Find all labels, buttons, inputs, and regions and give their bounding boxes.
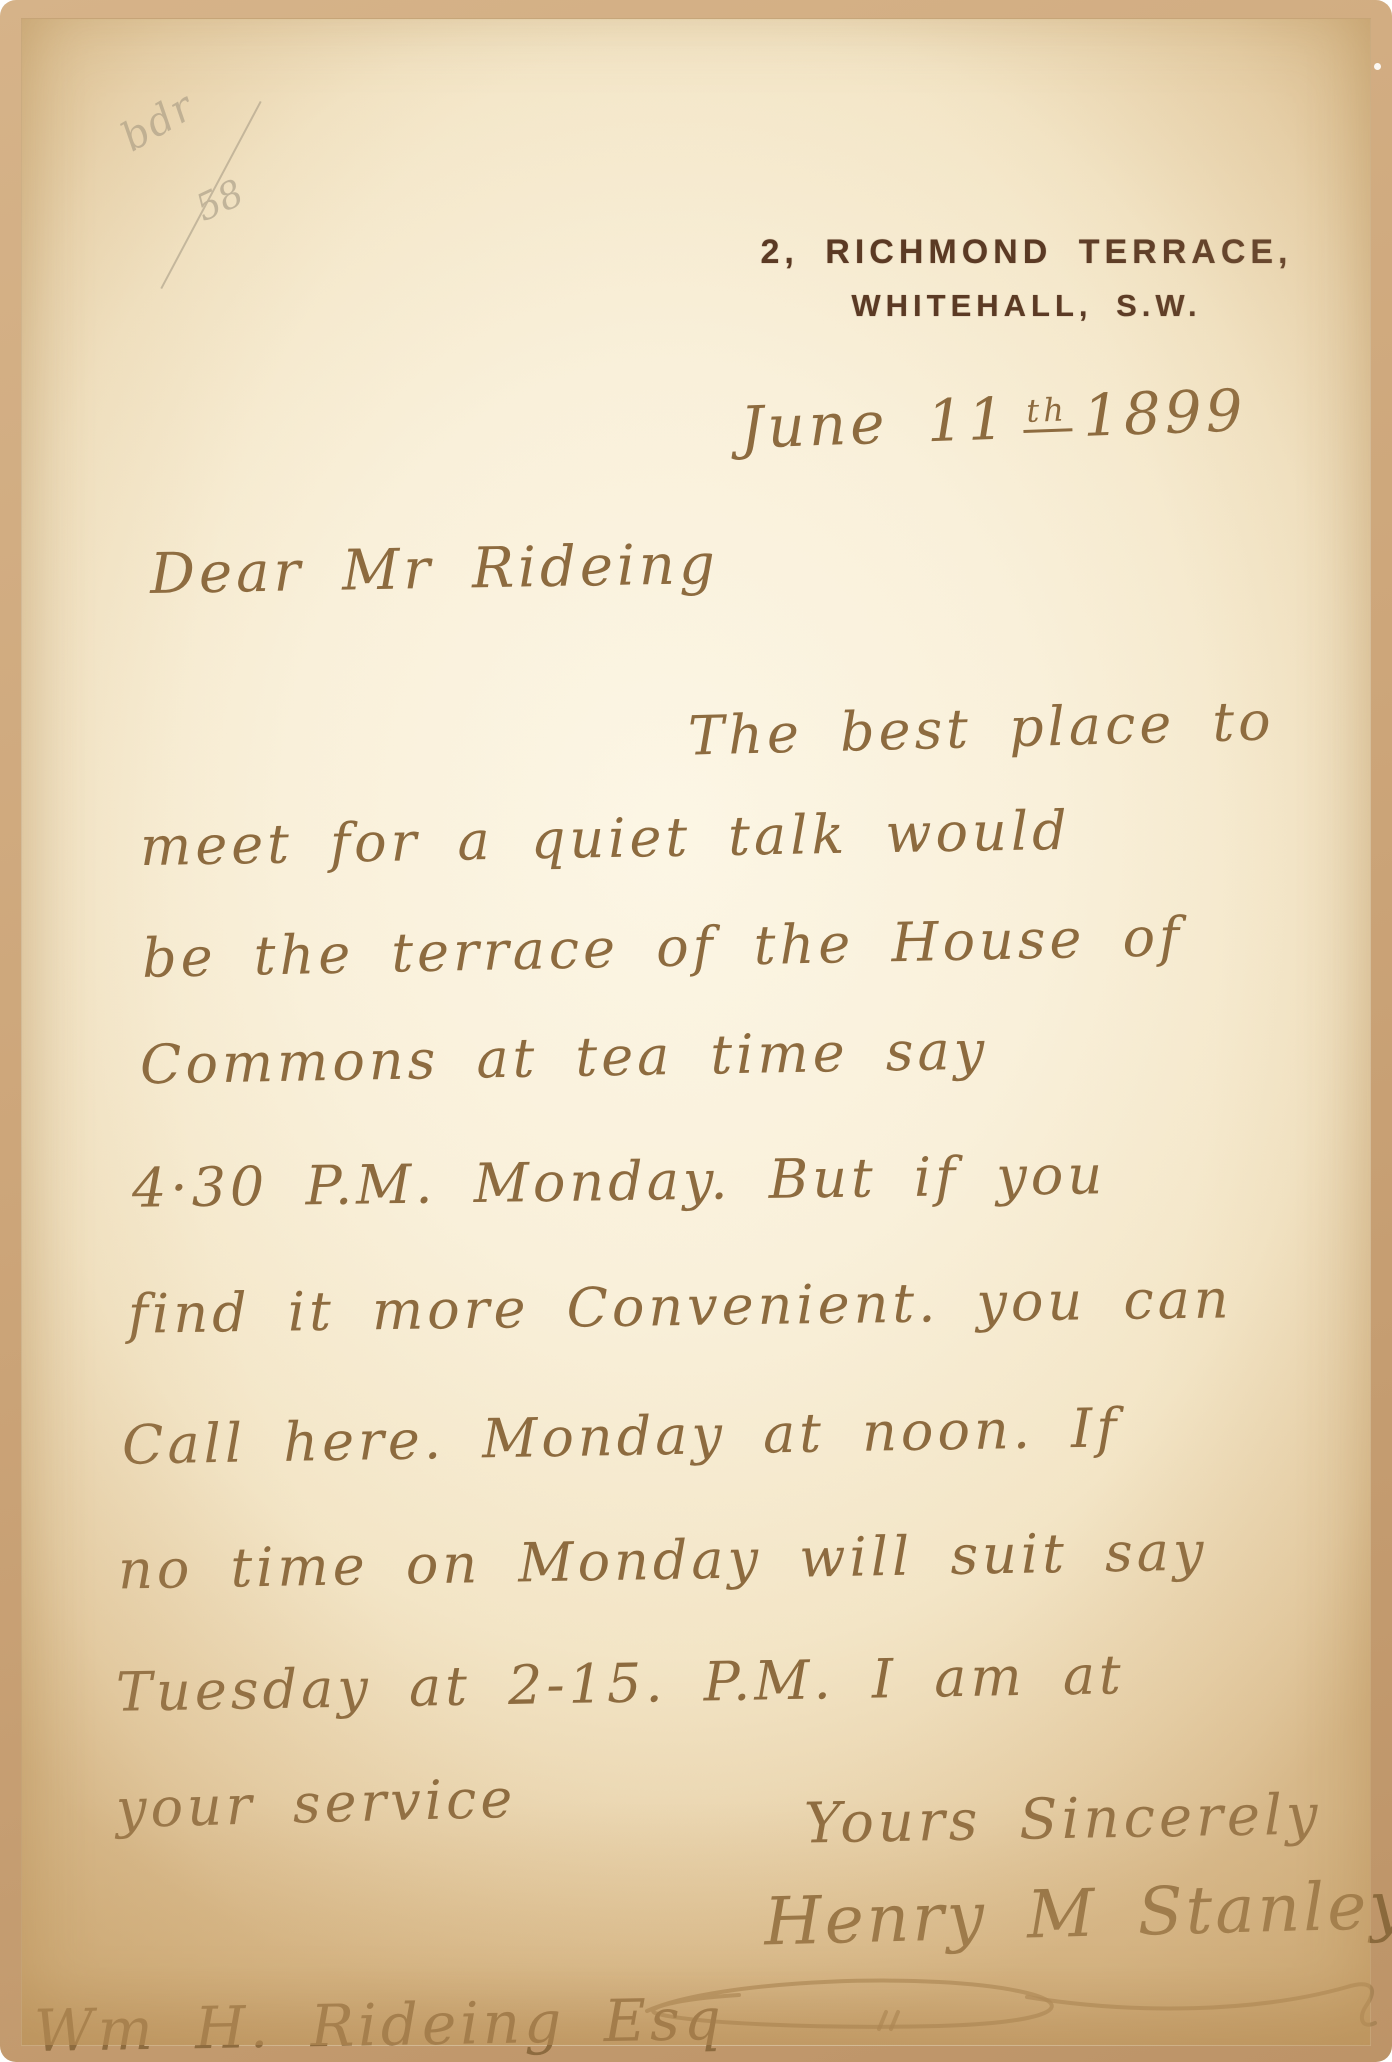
body-line-3: be the terrace of the House of bbox=[141, 905, 1183, 990]
body-line-6: find it more Convenient. you can bbox=[128, 1267, 1233, 1345]
salutation: Dear Mr Rideing bbox=[149, 532, 719, 607]
body-line-2: meet for a quiet talk would bbox=[140, 799, 1072, 878]
letter-screenshot: bdr 58 2, RICHMOND TERRACE, WHITEHALL, S… bbox=[0, 0, 1392, 2062]
scanned-page: bdr 58 2, RICHMOND TERRACE, WHITEHALL, S… bbox=[0, 0, 1392, 2062]
body-line-1: The best place to bbox=[687, 689, 1275, 767]
date-ordinal: th bbox=[1022, 390, 1072, 433]
body-line-4: Commons at tea time say bbox=[140, 1019, 989, 1097]
signature: Henry M Stanley bbox=[763, 1867, 1392, 1961]
letterhead-address-line: 2, RICHMOND TERRACE, bbox=[734, 233, 1319, 272]
paper-speck bbox=[1374, 63, 1381, 70]
date-day: June 11 bbox=[739, 384, 1010, 461]
signature-flourish bbox=[617, 1957, 1392, 2052]
closing: Yours Sincerely bbox=[803, 1782, 1322, 1856]
body-line-5: 4·30 P.M. Monday. But if you bbox=[132, 1143, 1107, 1220]
pencil-annotation-code: bdr bbox=[114, 83, 203, 161]
body-line-7: Call here. Monday at noon. If bbox=[122, 1396, 1121, 1476]
body-line-10: your service bbox=[115, 1767, 517, 1840]
date-year: 1899 bbox=[1082, 376, 1248, 450]
docket-addressee: Wm H. Rideing Esq bbox=[33, 1985, 725, 2062]
body-line-9: Tuesday at 2-15. P.M. I am at bbox=[116, 1643, 1126, 1724]
letterhead: 2, RICHMOND TERRACE, WHITEHALL, S.W. bbox=[734, 233, 1319, 324]
paper-sheet: bdr 58 2, RICHMOND TERRACE, WHITEHALL, S… bbox=[21, 18, 1371, 2046]
letterhead-district-line: WHITEHALL, S.W. bbox=[734, 288, 1319, 324]
date-line: June 11th1899 bbox=[739, 376, 1248, 462]
body-line-8: no time on Monday will suit say bbox=[118, 1519, 1208, 1601]
pencil-annotation: bdr 58 bbox=[114, 81, 284, 311]
